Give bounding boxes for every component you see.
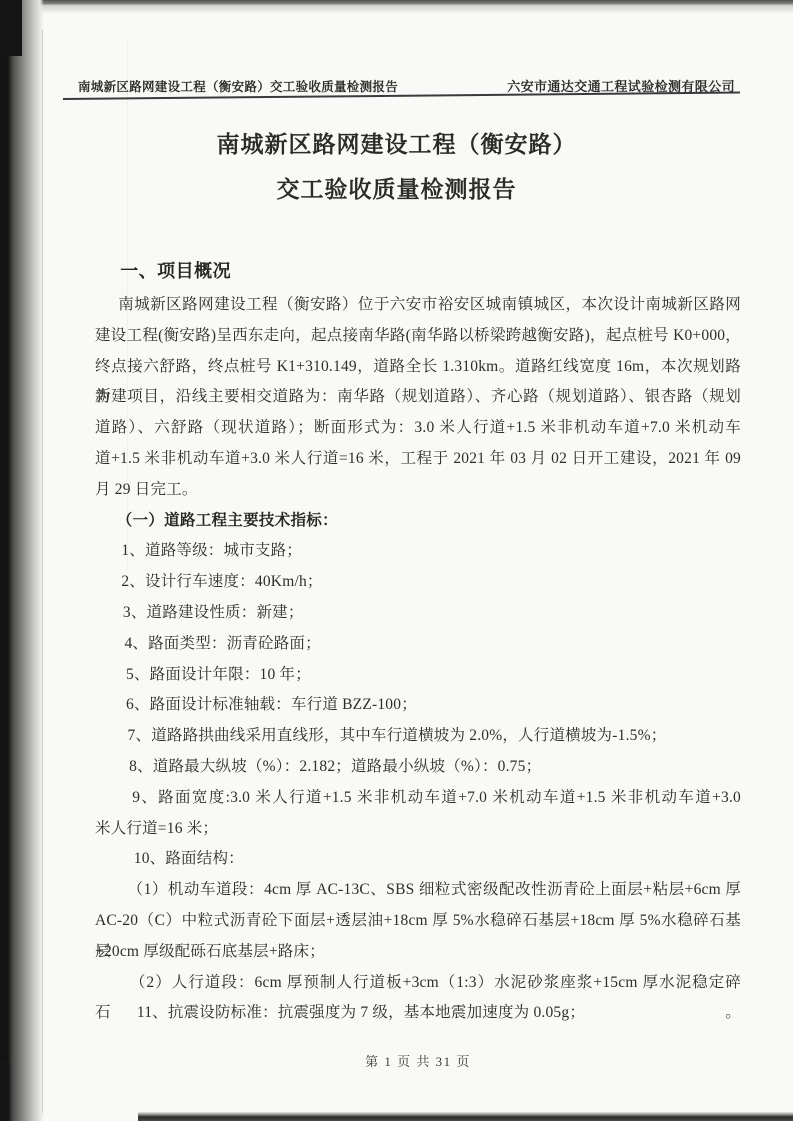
body-line: +20cm 厚级配砾石底基层+路床； (95, 937, 741, 968)
scan-edge-bottom (138, 1112, 793, 1121)
body-line: 10、路面结构： (95, 844, 741, 875)
body-line: 6、路面设计标准轴载：车行道 BZZ-100； (95, 690, 741, 721)
scanned-page: 南城新区路网建设工程（衡安路）交工验收质量检测报告 六安市通达交通工程试验检测有… (0, 0, 793, 1121)
body-line: （2）人行道段：6cm 厚预制人行道板+3cm（1:3）水泥砂浆座浆+15cm … (95, 968, 741, 999)
body-line: 3、道路建设性质：新建； (95, 598, 741, 629)
body-line: 4、路面类型：沥青砼路面； (95, 629, 741, 660)
body-line: 2、设计行车速度：40Km/h； (95, 567, 741, 598)
body-lines-container: 南城新区路网建设工程（衡安路）位于六安市裕安区城南镇城区，本次设计南城新区路网建… (95, 290, 741, 1029)
page-number-footer: 第 1 页 共 31 页 (95, 1051, 741, 1071)
section-heading: 一、项目概况 (95, 252, 741, 290)
report-title-line2: 交工验收质量检测报告 (0, 171, 793, 204)
body-line: 米人行道=16 米； (95, 814, 741, 845)
body-line: AC-20（C）中粒式沥青砼下面层+透层油+18cm 厚 5%水稳碎石基层+18… (95, 906, 741, 937)
body-line: （一）道路工程主要技术指标： (95, 506, 741, 537)
report-body: 一、项目概况 南城新区路网建设工程（衡安路）位于六安市裕安区城南镇城区，本次设计… (95, 252, 741, 1029)
body-line: 1、道路等级：城市支路； (95, 536, 741, 567)
body-line: 5、路面设计年限：10 年； (95, 660, 741, 691)
body-line: 南城新区路网建设工程（衡安路）位于六安市裕安区城南镇城区，本次设计南城新区路网 (95, 290, 741, 321)
header-report-title: 南城新区路网建设工程（衡安路）交工验收质量检测报告 (78, 77, 398, 95)
body-line: 道路）、六舒路（现状道路）；断面形式为：3.0 米人行道+1.5 米非机动车道+… (95, 413, 741, 444)
report-title-line1: 南城新区路网建设工程（衡安路） (0, 126, 793, 159)
scan-edge-top-fade (0, 5, 793, 14)
scan-edge-left (0, 0, 44, 1121)
body-line: 8、道路最大纵坡（%）：2.182；道路最小纵坡（%）：0.75； (95, 752, 741, 783)
scan-corner-top-left (0, 0, 22, 56)
body-line: 建设工程(衡安路)呈西东走向，起点接南华路(南华路以桥梁跨越衡安路)，起点桩号 … (95, 321, 741, 352)
scan-edge-bottom-left (0, 1061, 9, 1121)
body-line: （1）机动车道段：4cm 厚 AC-13C、SBS 细粒式密级配改性沥青砼上面层… (95, 875, 741, 906)
body-line: 终点接六舒路，终点桩号 K1+310.149，道路全长 1.310km。道路红线… (95, 352, 741, 383)
body-line: 道+1.5 米非机动车道+3.0 米人行道=16 米，工程于 2021 年 03… (95, 444, 741, 475)
body-line: 7、道路路拱曲线采用直线形，其中车行道横坡为 2.0%，人行道横坡为-1.5%； (95, 721, 741, 752)
body-line: 9、路面宽度:3.0 米人行道+1.5 米非机动车道+7.0 米机动车道+1.5… (95, 783, 741, 814)
body-line: 月 29 日完工。 (95, 475, 741, 506)
body-line: 新建项目，沿线主要相交道路为：南华路（规划道路）、齐心路（规划道路）、银杏路（规… (95, 382, 741, 413)
